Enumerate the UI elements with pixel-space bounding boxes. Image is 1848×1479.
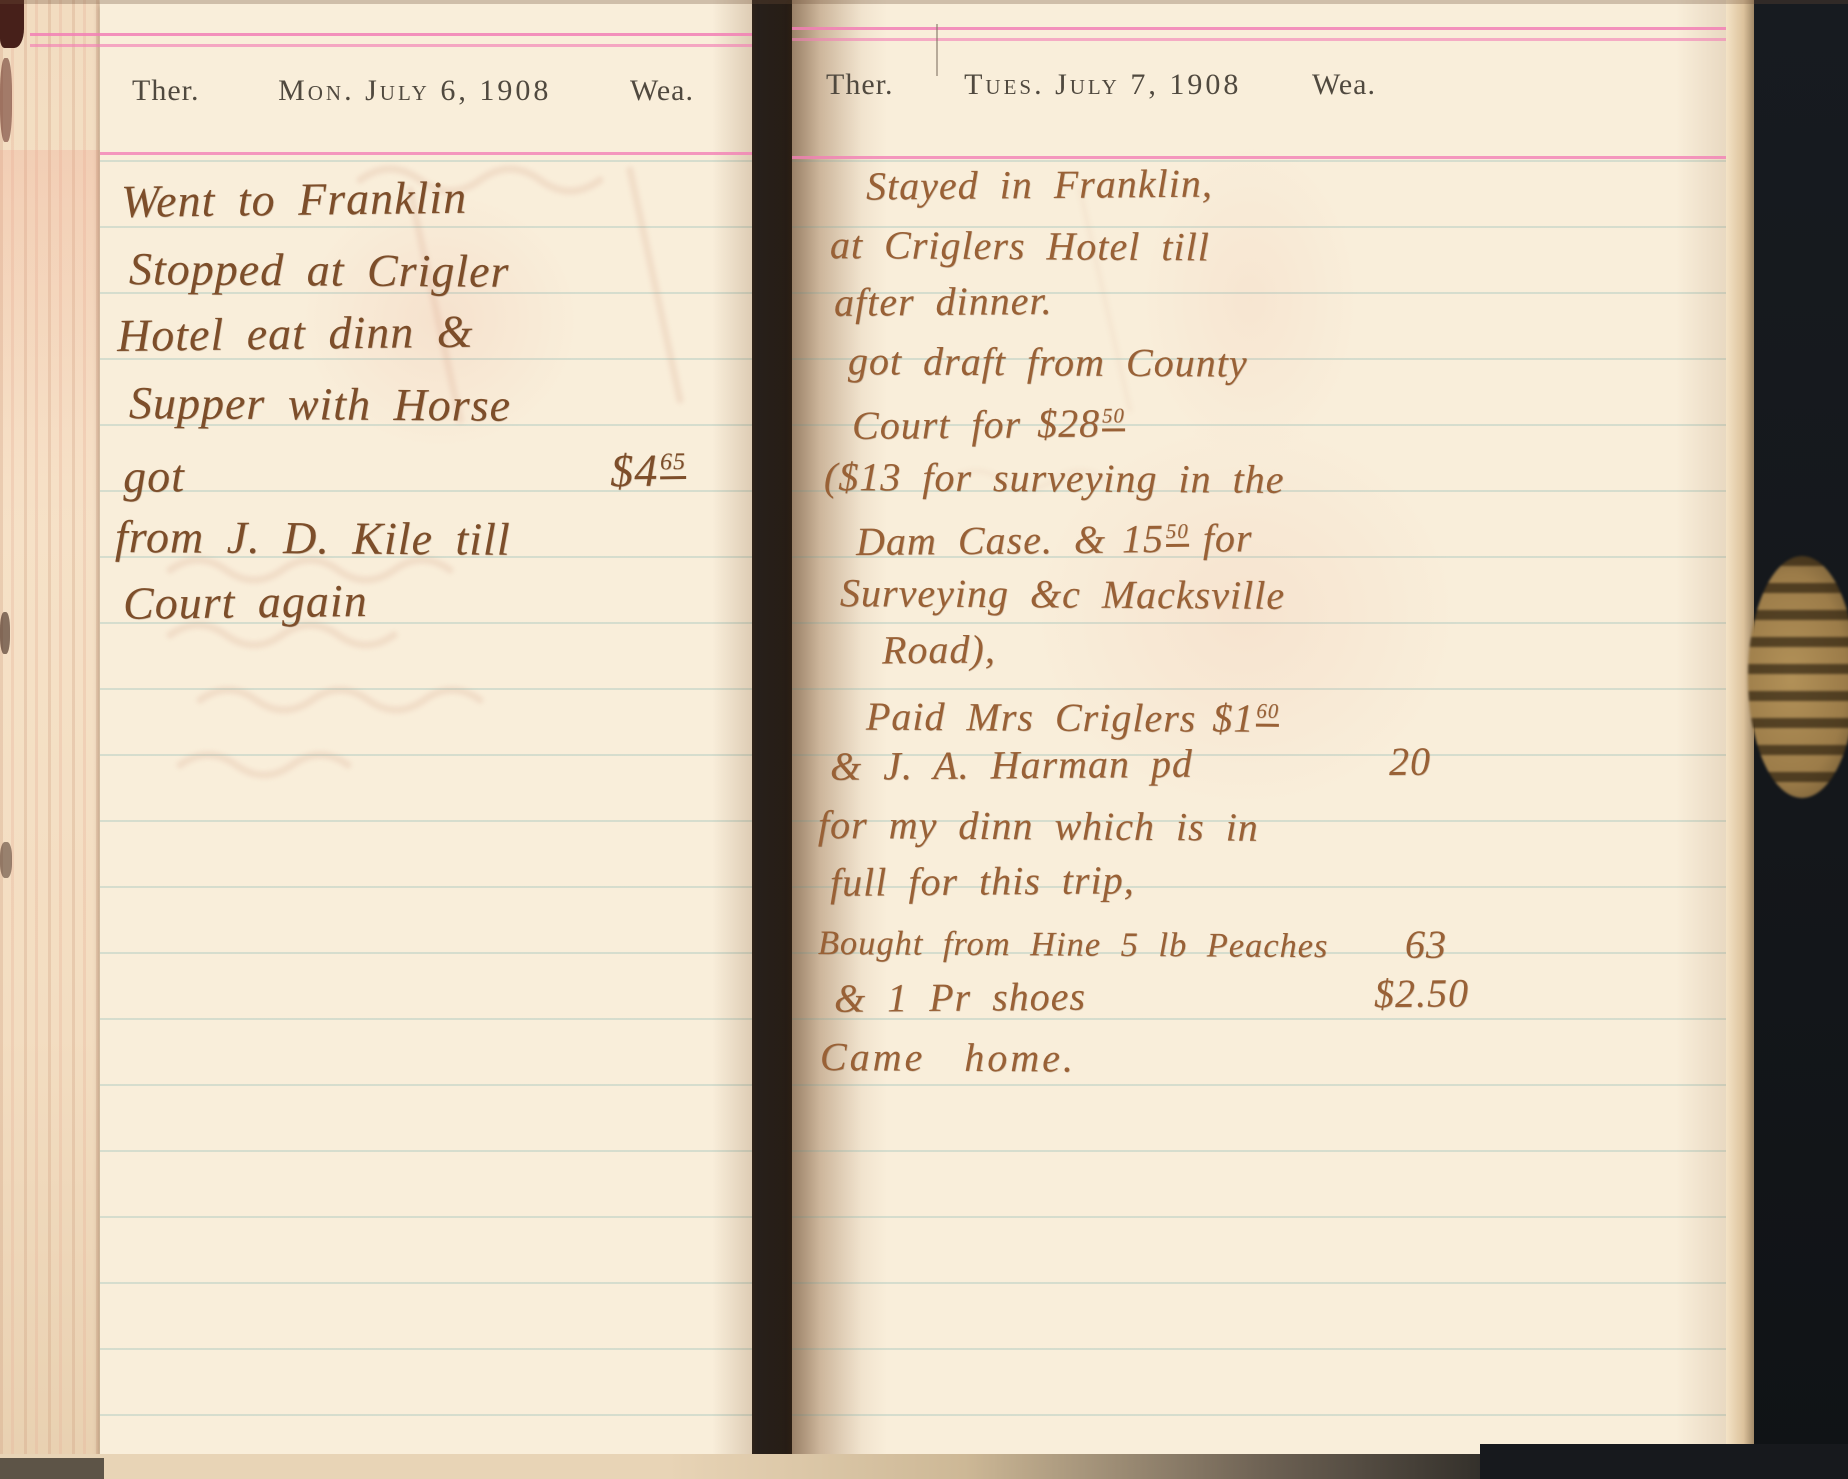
bottom-shadow — [0, 1458, 104, 1479]
entry-text: Court for$2850 — [852, 387, 1125, 455]
entry-text: at Criglers Hotel till — [830, 216, 1226, 276]
inline-amount — [483, 172, 484, 223]
clasp-stud — [1748, 556, 1848, 798]
entry-line: Hotel eat dinn & — [115, 295, 701, 369]
right-page-entries: Stayed in Franklin, at Criglers Hotel ti… — [818, 158, 1473, 1086]
entry-text: & J. A. Harman pd — [830, 735, 1209, 796]
left-page-header: Ther. Mon. July 6, 1908 Wea. — [132, 74, 694, 108]
inline-amount: 1550 — [1122, 516, 1189, 562]
entry-line: after dinner. — [818, 268, 1473, 332]
pink-rule — [792, 27, 1742, 30]
inline-amount — [383, 575, 384, 626]
entry-text: from J. D. Kile till — [115, 503, 527, 573]
right-amount: 20 — [1389, 733, 1432, 791]
right-amount: $2.50 — [1374, 964, 1470, 1023]
entry-line: & J. A. Harman pd 20 — [818, 732, 1473, 796]
entry-text: full for this trip, — [830, 851, 1151, 912]
entry-line: got $465 — [115, 429, 701, 503]
pink-rule — [30, 44, 752, 47]
cover-corner-mark — [0, 58, 12, 142]
entry-line: Court again — [115, 563, 701, 637]
top-edge-shadow — [0, 0, 1848, 4]
entry-text: got draft from County — [848, 332, 1264, 393]
entry-line: full for this trip, — [818, 848, 1473, 912]
entry-text: ($13 for surveying in the — [824, 448, 1301, 509]
entry-line: Dam Case. &1550for — [818, 500, 1473, 564]
inline-amount — [489, 305, 490, 356]
wea-label: Wea. — [630, 74, 694, 108]
entry-line: Road), — [818, 616, 1473, 680]
page-edge-tint — [0, 150, 104, 570]
entry-text: Stopped at Crigler — [129, 235, 526, 305]
ther-label: Ther. — [826, 68, 893, 102]
pink-rule — [30, 33, 752, 36]
entry-text: & 1 Pr shoes — [834, 968, 1102, 1028]
entry-line: & 1 Pr shoes $2.50 — [818, 964, 1473, 1028]
book-cover-bottom — [1480, 1444, 1848, 1479]
right-page-header: Ther. Tues. July 7, 1908 Wea. — [826, 68, 1376, 102]
entry-line: Went to Franklin — [115, 161, 701, 235]
edge-ink-spot — [0, 612, 10, 654]
inline-amount — [201, 450, 202, 501]
entry-text: Court again — [123, 567, 384, 637]
ther-label: Ther. — [132, 74, 199, 108]
entry-text: Hotel eat dinn & — [117, 297, 490, 369]
entry-line: Came home. — [818, 1028, 1473, 1090]
cover-corner-mark — [0, 0, 24, 48]
right-amount: $465 — [610, 429, 687, 504]
entry-text: Dam Case. &1550for — [856, 502, 1253, 571]
inline-amount: $2850 — [1037, 401, 1125, 447]
wea-label: Wea. — [1312, 68, 1376, 102]
entry-text: Supper with Horse — [129, 369, 527, 439]
diary-scan: Ther. Mon. July 6, 1908 Wea. Ther. Tues.… — [0, 0, 1848, 1479]
entry-line: Stayed in Franklin, — [818, 152, 1473, 216]
pink-rule — [792, 38, 1742, 41]
entry-text: Road), — [882, 620, 1012, 679]
entry-line: Court for$2850 — [818, 384, 1473, 448]
entry-text: Surveying &c Macksville — [840, 564, 1301, 625]
entry-text: Went to Franklin — [121, 164, 484, 235]
entry-text: Stayed in Franklin, — [866, 154, 1229, 215]
date-label: Mon. July 6, 1908 — [278, 74, 551, 108]
entry-text: after dinner. — [834, 272, 1069, 332]
left-page-entries: Went to Franklin Stopped at Crigler Hote… — [115, 168, 700, 637]
date-label: Tues. July 7, 1908 — [964, 68, 1241, 102]
entry-text: for my dinn which is in — [818, 796, 1275, 857]
edge-ink-spot — [0, 842, 12, 878]
entry-text: got — [123, 442, 202, 510]
pink-rule — [100, 152, 752, 155]
entry-text: Came home. — [820, 1028, 1092, 1088]
